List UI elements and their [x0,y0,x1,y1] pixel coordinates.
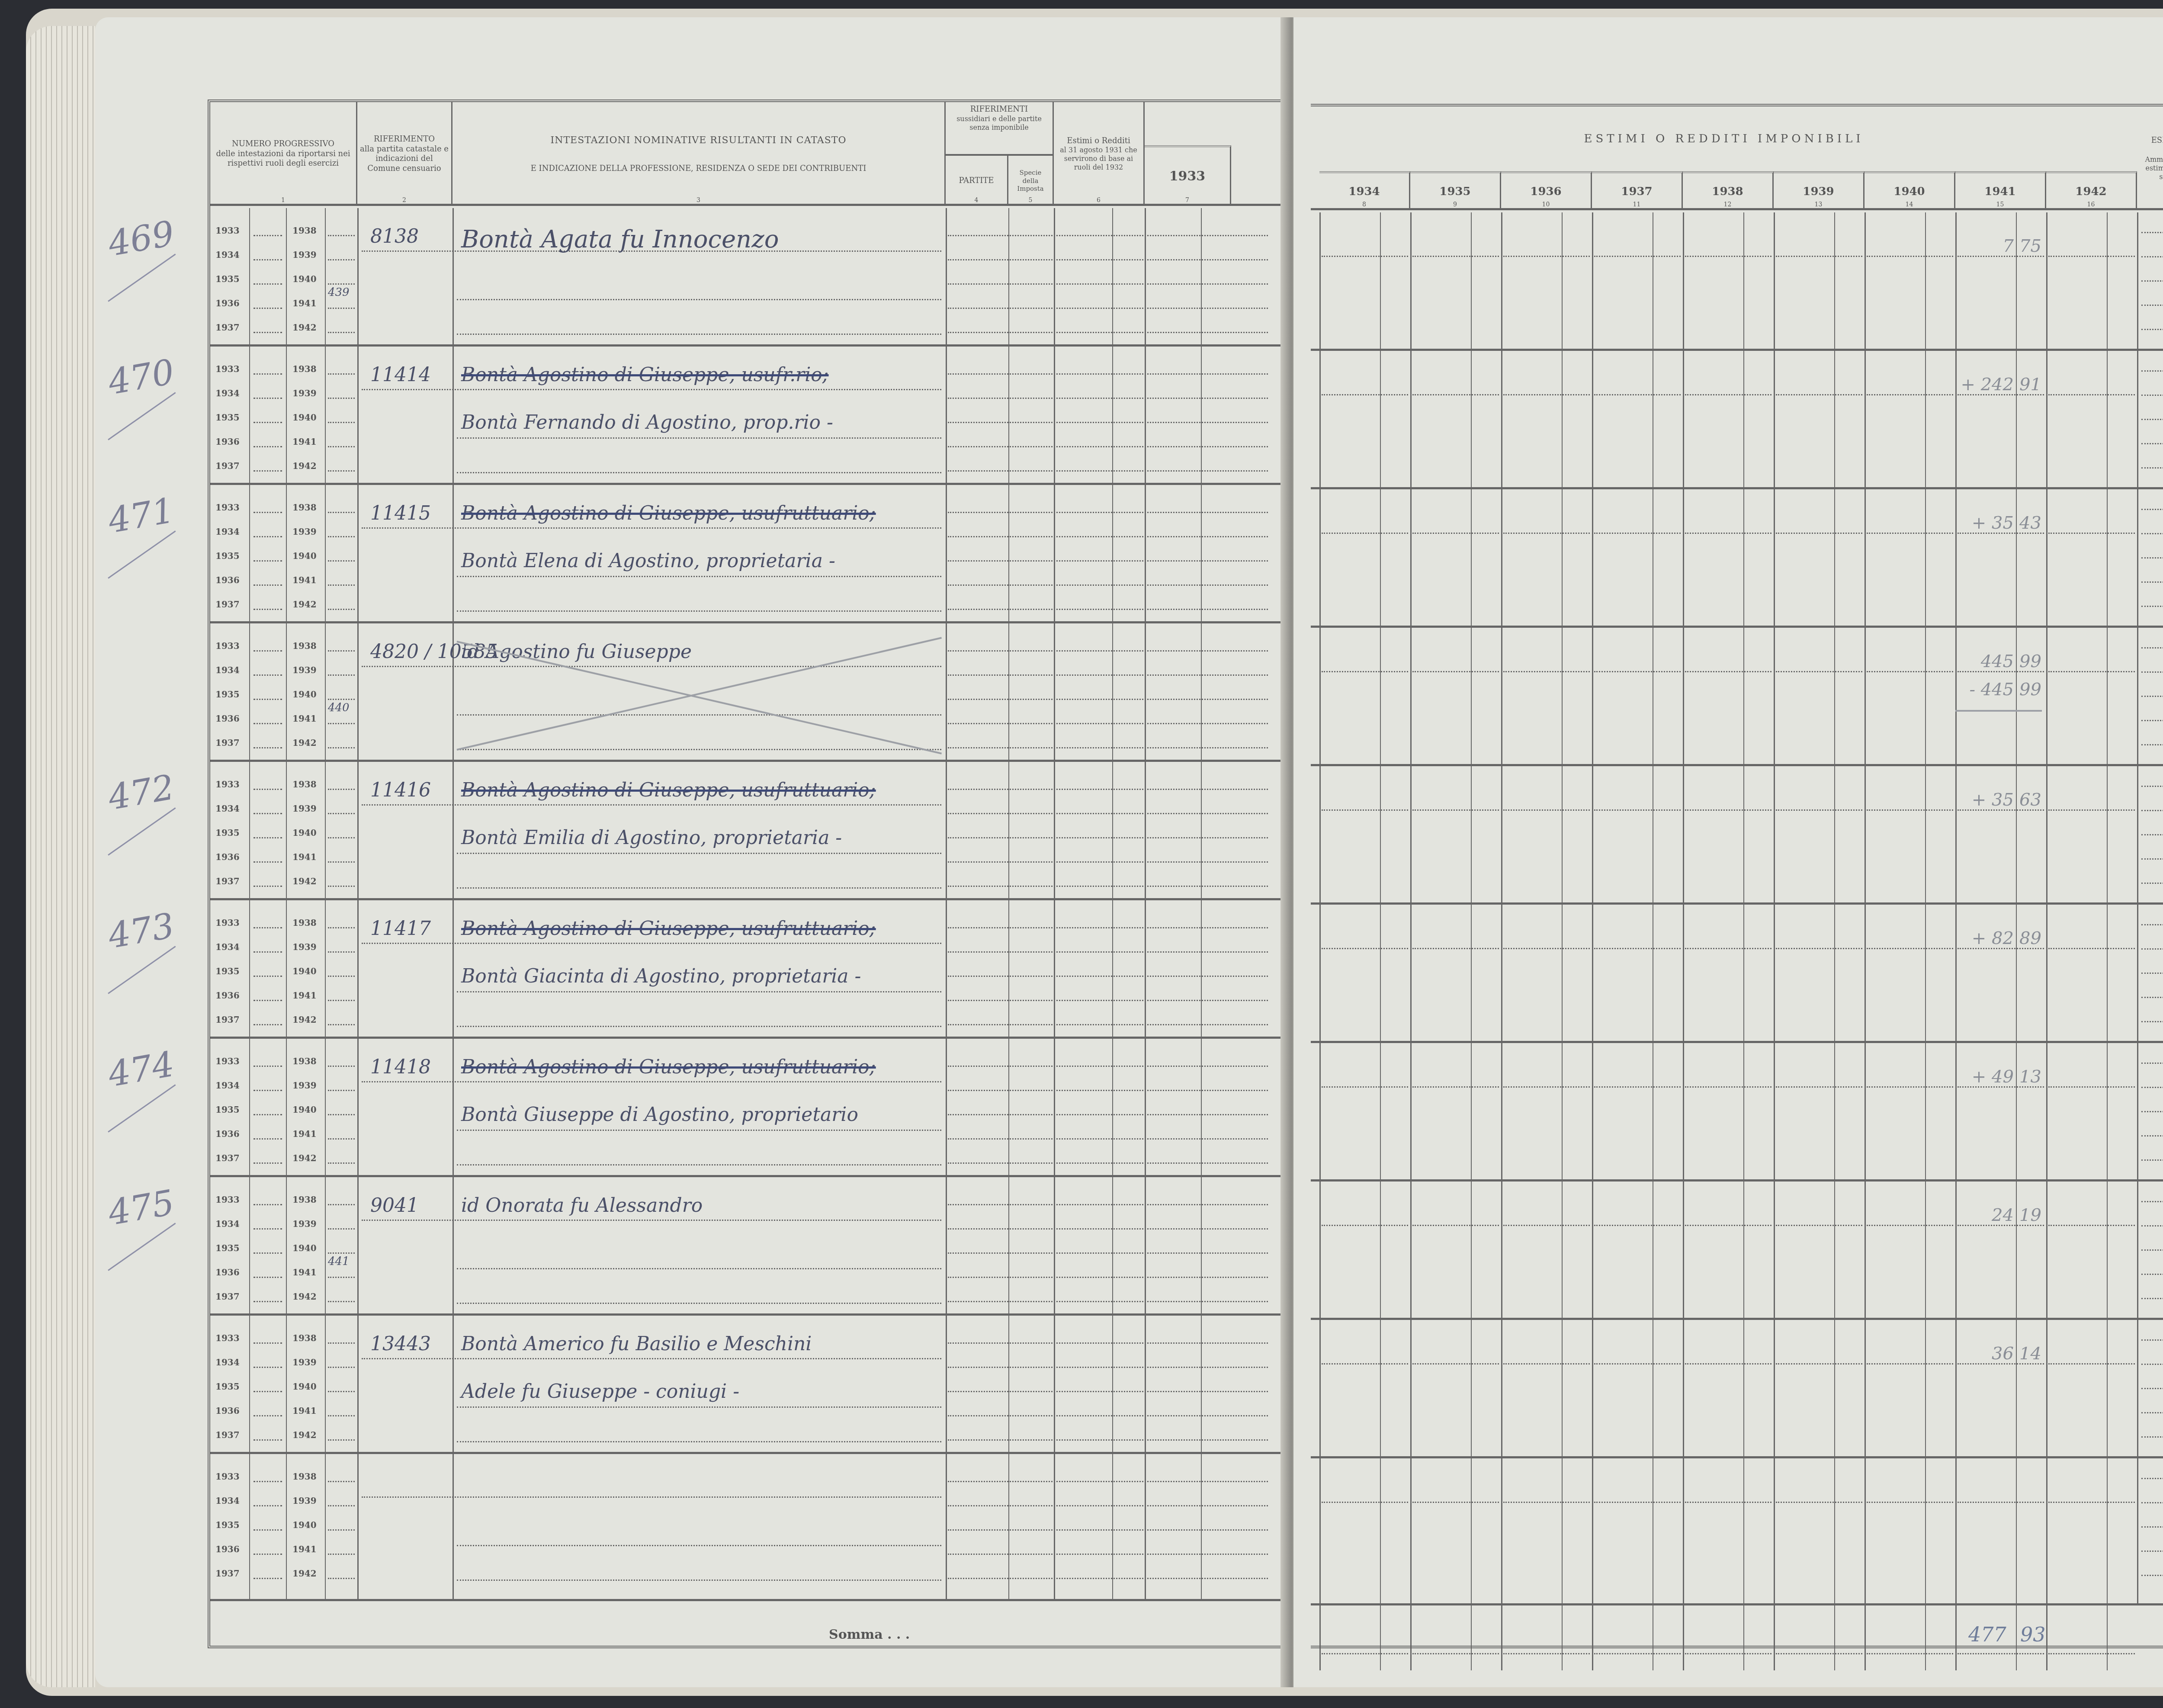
dotted-line [948,332,1268,333]
amount-1941-decimal: 43 [2019,513,2041,533]
dotted-line [1412,1086,1499,1088]
dotted-line [254,1228,282,1230]
year-column-divider [1410,1181,1412,1318]
register-entry-row: 1933193819341939193519401936194119371942… [210,485,1289,623]
cents-divider [1471,628,1472,764]
dotted-line [1867,671,1953,672]
register-entry-row: 1933193819341939193519401936194119371942… [210,1039,1289,1177]
dotted-line [1776,1363,1862,1364]
register-entry-row: 1933193819341939193519401936194119371942 [210,1454,1289,1601]
column-divider [249,1039,250,1175]
column-divider [2137,1458,2138,1603]
cents-divider [2016,1043,2017,1179]
dotted-line [362,527,941,529]
cents-divider [1471,1320,1472,1456]
year-label: 1940 [292,1104,317,1115]
dotted-line [1867,1653,1953,1654]
cents-divider [1834,212,1835,349]
dotted-line [1776,1653,1862,1654]
cents-divider [1653,351,1653,487]
dotted-line [1776,809,1862,811]
dotted-line [1685,1653,1771,1654]
dotted-line [1412,1502,1499,1503]
cents-divider [1653,212,1653,349]
column-divider [357,1177,359,1313]
dotted-line [328,512,355,513]
cents-divider [1653,1181,1653,1318]
dotted-line [2141,720,2163,721]
cents-divider [1834,1320,1835,1456]
dotted-line [328,308,355,309]
partita-number: 11417 [370,918,431,940]
year-column-divider [2046,905,2047,1041]
cents-divider [1380,1605,1381,1670]
year-column-divider [1955,489,1957,626]
year-column-divider [1319,212,1321,349]
year-label: 1935 [215,1381,240,1392]
dotted-line [1594,1502,1681,1503]
year-column-divider [1955,1605,1957,1670]
year-column-divider [1683,1043,1684,1179]
year-label: 1933 [215,641,240,651]
year-column-divider [1501,489,1502,626]
dotted-line [254,1342,282,1344]
dotted-line [948,650,1268,652]
cents-divider [1834,1043,1835,1179]
year-label: 1935 [215,412,240,423]
dotted-line [254,886,282,887]
dotted-line [948,1578,1268,1579]
amount-1941-integer: + 242 [1960,375,2014,395]
cents-divider [1562,1605,1563,1670]
cents-divider [1380,489,1381,626]
column-divider [1112,208,1113,344]
dotted-line [457,610,941,612]
owner-name: Bontà Americo fu Basilio e Meschini [461,1333,812,1355]
dotted-line [328,1342,355,1344]
dotted-line [254,235,282,236]
cents-divider [1562,489,1563,626]
column-divider [1008,208,1009,344]
column-divider [1201,1316,1202,1452]
dotted-line [948,1138,1268,1140]
year-label: 1942 [292,599,317,610]
cents-divider [2107,1043,2108,1179]
cents-divider [1562,351,1563,487]
owner-name: Bontà Emilia di Agostino, proprietaria - [461,827,842,849]
column-divider [452,1454,454,1599]
dotted-line [948,1415,1268,1416]
dotted-line [254,813,282,814]
dotted-line [254,259,282,260]
dotted-line [1412,1363,1499,1364]
dotted-line [1776,671,1862,672]
column-divider [452,762,454,898]
column-divider [249,347,250,483]
header-title: PARTITE [959,176,994,186]
amount-1941-decimal: 19 [2019,1205,2041,1225]
year-column-divider [1683,1320,1684,1456]
year-label: 1940 [292,828,317,838]
dotted-line [2141,509,2163,510]
amount-1941-integer: + 35 [1960,790,2014,810]
dotted-line [1685,1225,1771,1226]
dotted-line [948,536,1268,537]
dotted-line [2141,786,2163,787]
header-year-1936: 1936 10 [1501,171,1592,210]
header-subtitle: Ammontare degli estimi o redditi e scade… [2140,155,2163,181]
dotted-line [328,813,355,814]
column-divider [452,1039,454,1175]
cents-divider [1834,628,1835,764]
dotted-line [254,861,282,863]
dotted-line [1322,256,1408,257]
column-divider [1201,900,1202,1037]
estimi-row: + 3563 [1311,766,2163,905]
dotted-line [328,1415,355,1416]
dotted-line [254,951,282,953]
dotted-line [254,560,282,562]
year-label: 1941 [292,1406,317,1416]
dotted-line [2141,280,2163,282]
dotted-line [2048,1363,2135,1364]
year-column-divider [1410,489,1412,626]
dotted-line [948,723,1268,724]
dotted-line [328,1066,355,1067]
dotted-line [1322,1086,1408,1088]
dotted-line [1867,394,1953,395]
column-number: 15 [1996,201,2004,209]
dotted-line [328,1439,355,1441]
dotted-line [254,1391,282,1392]
column-divider [452,900,454,1037]
cents-divider [1562,1043,1563,1179]
column-divider [1008,1177,1009,1313]
year-column-divider [1592,351,1593,487]
dotted-line [328,1204,355,1205]
year-column-divider [1955,351,1957,487]
year-label: 1936 [215,437,240,447]
cents-divider [1743,1458,1744,1603]
year-column-divider [1501,1320,1502,1456]
year-label: 1939 [292,803,317,814]
year-column-divider [1592,905,1593,1041]
dotted-line [254,446,282,447]
dotted-line [1776,948,1862,949]
dotted-line [2141,419,2163,420]
year-label: 1939 [292,942,317,952]
partita-number: 8138 [370,225,419,247]
register-entry-row: 1933193819341939193519401936194119371942… [210,762,1289,900]
dotted-line [948,1505,1268,1506]
cents-divider [1925,489,1926,626]
cents-divider [1834,905,1835,1041]
dotted-line [254,1301,282,1302]
year-label: 1934 [215,1080,240,1091]
dotted-line [948,837,1268,838]
dotted-line [254,837,282,838]
dotted-line [254,422,282,423]
dotted-line [254,283,282,285]
cents-divider [1925,212,1926,349]
year-column-divider [1683,351,1684,487]
dotted-line [328,235,355,236]
dotted-line [1594,1363,1681,1364]
dotted-line [457,749,941,750]
register-entry-row: 1933193819341939193519401936194119371942… [210,208,1289,347]
year-label: 1941 [292,990,317,1001]
struck-owner-name: Bontà Agostino di Giuseppe, usufr.rio; [461,364,829,386]
column-divider [357,900,359,1037]
column-divider [249,1454,250,1599]
year-label: 1933 [215,1471,240,1482]
somma-1941-integer: 477 [1968,1623,2006,1646]
year-label: 1936 [215,852,240,862]
dotted-line [328,723,355,724]
cents-divider [2107,1320,2108,1456]
year-column-divider [1410,1043,1412,1179]
cents-divider [1471,1181,1472,1318]
owner-name: Bontà Fernando di Agostino, prop.rio - [461,411,833,433]
dotted-line [1867,1225,1953,1226]
dotted-line [328,976,355,977]
cents-divider [2016,212,2017,349]
header-esenzioni: ESENZIONI — Ammontare degli estimi o red… [2137,106,2163,210]
small-reference: 441 [328,1255,350,1268]
dotted-line [1685,671,1771,672]
cents-divider [2107,489,2108,626]
year-column-divider [1501,905,1502,1041]
column-number: 14 [1906,201,1913,209]
column-divider [325,208,326,344]
year-column-divider [1774,212,1775,349]
cents-divider [2016,1458,2017,1603]
year-column-divider [1774,351,1775,487]
register-entry-row: 1933193819341939193519401936194119371942… [210,623,1289,762]
header-title: RIFERIMENTI [970,105,1028,115]
dotted-line [948,1024,1268,1025]
dotted-line [457,887,941,889]
dotted-line [254,1578,282,1579]
cents-divider [1925,905,1926,1041]
struck-owner-name: Bontà Agostino di Giuseppe, usufruttuari… [461,918,876,940]
estimi-row: + 4913 [1311,1043,2163,1181]
year-label: 1939 [292,388,317,398]
dotted-line [948,283,1268,285]
dotted-line [948,1114,1268,1115]
cents-divider [1743,212,1744,349]
column-number: 2 [402,197,406,205]
dotted-line [328,1277,355,1278]
dotted-line [948,789,1268,790]
column-divider [357,1316,359,1452]
cents-divider [2107,1605,2108,1670]
column-divider [946,1177,947,1313]
dotted-line [2141,395,2163,396]
cents-divider [1743,628,1744,764]
year-label: 1936 [215,298,240,308]
dotted-line [254,1066,282,1067]
column-divider [946,900,947,1037]
dotted-line [2141,744,2163,745]
year-label: 1941 [292,713,317,724]
dotted-line [362,389,941,390]
year-label: 1941 [1984,185,2015,199]
column-divider [1054,485,1055,621]
dotted-line [328,674,355,676]
dotted-line [1322,533,1408,534]
year-label: 1939 [292,527,317,537]
dotted-line [1594,394,1681,395]
right-register-table: ESTIMI O REDDITI IMPONIBILI 1934 81935 9… [1311,104,2163,1648]
column-divider [2137,489,2138,626]
column-divider [946,762,947,898]
year-column-divider [1319,489,1321,626]
dotted-line [328,1554,355,1555]
dotted-line [1322,1363,1408,1364]
year-label: 1937 [215,876,240,886]
cents-divider [1380,1458,1381,1603]
dotted-line [254,1114,282,1115]
year-label: 1936 [215,713,240,724]
year-label: 1934 [215,942,240,952]
dotted-line [948,1554,1268,1555]
dotted-line [948,886,1268,887]
cents-divider [2016,489,2017,626]
dotted-line [1594,1653,1681,1654]
cents-divider [1743,1320,1744,1456]
column-divider [2137,628,2138,764]
dotted-line [1412,809,1499,811]
dotted-line [328,1228,355,1230]
column-divider [249,762,250,898]
dotted-line [1503,533,1590,534]
dotted-line [254,1505,282,1506]
year-column-divider [1319,351,1321,487]
dotted-line [457,1303,941,1304]
dotted-line [2048,809,2135,811]
column-number: 4 [975,197,979,205]
header-subtitle: sussidiari e delle partite senza imponib… [948,115,1050,132]
year-column-divider [1774,1320,1775,1456]
dotted-line [2048,394,2135,395]
year-label: 1940 [292,274,317,284]
estimi-row: 3614 [1311,1320,2163,1458]
year-label: 1937 [215,1291,240,1302]
cents-divider [2107,1181,2108,1318]
year-label: 1934 [1348,185,1380,199]
column-divider [357,1454,359,1599]
year-column-divider [1865,489,1866,626]
dotted-line [1958,1502,2044,1503]
column-divider [1054,900,1055,1037]
amount-1941-integer: 445 [1960,652,2014,671]
cents-divider [2016,766,2017,902]
dotted-line [948,560,1268,562]
dotted-line [948,584,1268,586]
year-column-divider [1410,628,1412,764]
cents-divider [1834,1458,1835,1603]
year-label: 1934 [215,1357,240,1368]
year-column-divider [1774,1181,1775,1318]
dotted-line [2141,1436,2163,1438]
year-label: 1940 [292,966,317,976]
cents-divider [2016,351,2017,487]
year-column-divider [1955,1320,1957,1456]
dotted-line [254,1162,282,1164]
column-divider [1112,1039,1113,1175]
year-label: 1938 [292,1056,317,1066]
dotted-line [948,674,1268,676]
dotted-line [2141,1364,2163,1365]
dotted-line [948,446,1268,447]
estimi-row: + 8289 [1311,905,2163,1043]
column-divider [946,347,947,483]
dotted-line [2141,671,2163,673]
year-label: 1942 [292,876,317,886]
year-column-divider [1865,1181,1866,1318]
estimi-row: + 24291 [1311,351,2163,489]
year-column-divider [1865,1320,1866,1456]
year-column-divider [2046,1181,2047,1318]
year-label: 1941 [292,1129,317,1139]
column-number: 9 [1453,201,1457,209]
owner-name: id Onorata fu Alessandro [461,1194,703,1217]
year-column-divider [1319,1605,1321,1670]
year-label: 1937 [215,1568,240,1579]
header-specie-imposta: Specie della Imposta 5 [1008,154,1054,206]
dotted-line [948,813,1268,814]
estimi-row: 2419 [1311,1181,2163,1320]
year-column-divider [2046,1458,2047,1603]
cents-divider [1471,1458,1472,1603]
year-column-divider [1683,212,1684,349]
cross-out-stroke [457,641,942,754]
column-number: 6 [1097,197,1101,205]
year-column-divider [1865,905,1866,1041]
cents-divider [1743,1605,1744,1670]
dotted-line [328,1162,355,1164]
dotted-line [254,1554,282,1555]
dotted-line [2141,305,2163,306]
year-column-divider [1683,1458,1684,1603]
year-label: 1937 [215,599,240,610]
dotted-line [328,1252,355,1254]
column-divider [249,1177,250,1313]
year-column-divider [1592,1181,1593,1318]
amount-1941-integer: + 35 [1960,513,2014,533]
year-column-divider [2046,628,2047,764]
year-column-divider [1955,1458,1957,1603]
year-label: 1935 [215,1104,240,1115]
cents-divider [1653,905,1653,1041]
cents-divider [1925,1043,1926,1179]
dotted-line [948,308,1268,309]
column-divider [1201,623,1202,760]
dotted-line [2141,232,2163,233]
column-divider [2137,1320,2138,1456]
dotted-line [457,1164,941,1165]
dotted-line [1685,948,1771,949]
register-entry-row: 1933193819341939193519401936194119371942… [210,1316,1289,1454]
column-number: 8 [1362,201,1366,209]
dotted-line [254,373,282,375]
left-page: NUMERO PROGRESSIVO delle intestazioni da… [95,17,1289,1687]
dotted-line [2141,1087,2163,1088]
cents-divider [1653,1043,1653,1179]
dotted-line [328,1578,355,1579]
cents-divider [1653,1605,1653,1670]
